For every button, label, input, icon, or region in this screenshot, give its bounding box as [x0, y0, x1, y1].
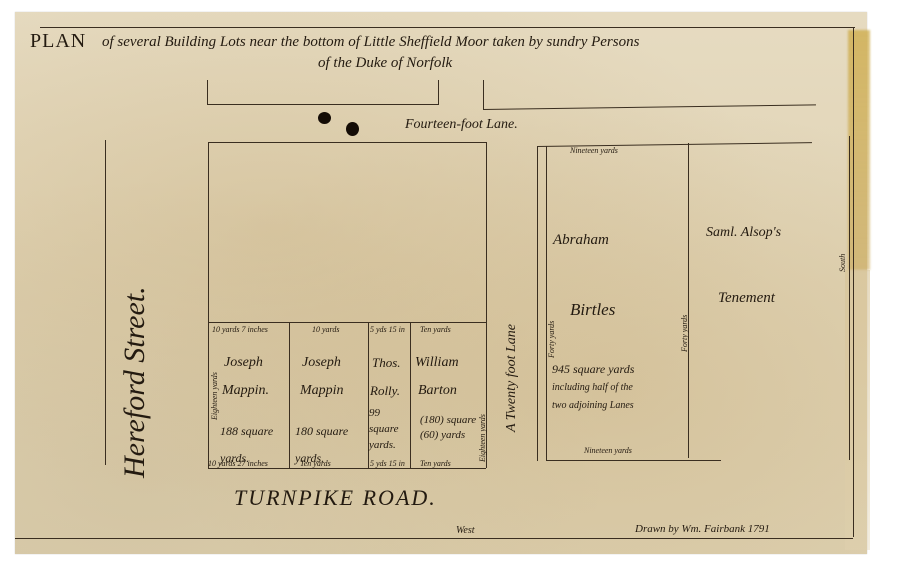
lot-1-bottom-dim: 10 yards 27 inches [208, 459, 268, 468]
left-block-top [208, 142, 486, 143]
lot-4-owner-first: William [415, 355, 459, 371]
twenty-foot-lane-label: A Twenty foot Lane [504, 324, 520, 432]
lot-3-bottom-dim: 5 yds 15 in [370, 459, 405, 468]
upper-block-right-start [483, 80, 484, 110]
lots-top-line [208, 322, 486, 323]
hereford-street-label: Hereford Street. [118, 286, 152, 478]
fourteen-foot-lane-label: Fourteen-foot Lane. [405, 117, 518, 133]
upper-block-left-edge [207, 80, 208, 104]
birtles-left-inner [546, 146, 547, 461]
top-border [40, 27, 855, 28]
lot-4-top-dim: Ten yards [420, 325, 451, 334]
compass-south: South [838, 254, 847, 272]
lot-2-bottom-dim: Ten yards [300, 459, 331, 468]
credit: Drawn by Wm. Fairbank 1791 [635, 523, 770, 535]
title-caps: PLAN [30, 30, 86, 53]
lot-divider-3 [410, 322, 411, 468]
birtles-bottom-dim: Nineteen yards [584, 446, 632, 455]
lot-2-owner-first: Joseph [302, 355, 341, 371]
title-line2: of the Duke of Norfolk [318, 55, 452, 72]
lot-4-area: (180) square (60) yards [420, 413, 484, 443]
birtles-left [537, 146, 538, 461]
birtles-area-note-1: including half of the [552, 382, 633, 393]
lot-4-bottom-dim: Ten yards [420, 459, 451, 468]
title-line1: of several Building Lots near the bottom… [102, 34, 639, 51]
lot-4-side-dim: Eighteen yards [478, 414, 487, 462]
lot-1-owner-first: Joseph [224, 355, 263, 371]
birtles-left-dim: Forty yards [547, 321, 556, 358]
ink-blot [318, 112, 331, 124]
hereford-street-edge [105, 140, 106, 465]
alsop-name: Saml. Alsop's [706, 225, 781, 241]
lot-3-owner-last: Rolly. [370, 383, 400, 399]
lot-3-owner-first: Thos. [372, 355, 401, 371]
birtles-right [688, 143, 689, 458]
birtles-bottom [546, 460, 721, 461]
water-stain [848, 30, 870, 270]
lot-3-area: 99 square yards. [369, 405, 409, 453]
lot-1-side-dim: Eighteen yards [210, 372, 219, 420]
upper-block-bottom [207, 104, 439, 105]
turnpike-road-label: TURNPIKE ROAD. [234, 485, 437, 511]
upper-block-divider [438, 80, 439, 104]
compass-west: West [456, 525, 475, 536]
lot-1-top-dim: 10 yards 7 inches [212, 325, 268, 334]
right-border [853, 27, 854, 537]
lot-4-owner-last: Barton [418, 383, 457, 399]
bottom-border [15, 538, 853, 539]
lot-2-top-dim: 10 yards [312, 325, 339, 334]
birtles-area: 945 square yards [552, 362, 634, 377]
birtles-right-dim: Forty yards [680, 315, 689, 352]
alsop-tenement: Tenement [718, 290, 775, 307]
lot-1-owner-last: Mappin. [222, 383, 269, 399]
lot-3-top-dim: 5 yds 15 in [370, 325, 405, 334]
birtles-owner-last: Birtles [570, 300, 615, 320]
alsop-right [849, 136, 850, 460]
birtles-area-note-2: two adjoining Lanes [552, 400, 634, 411]
ink-blot [346, 122, 359, 136]
birtles-owner-first: Abraham [553, 232, 609, 249]
left-block-left [208, 142, 209, 468]
birtles-top-dim: Nineteen yards [570, 146, 618, 155]
lot-2-owner-last: Mappin [300, 383, 344, 399]
